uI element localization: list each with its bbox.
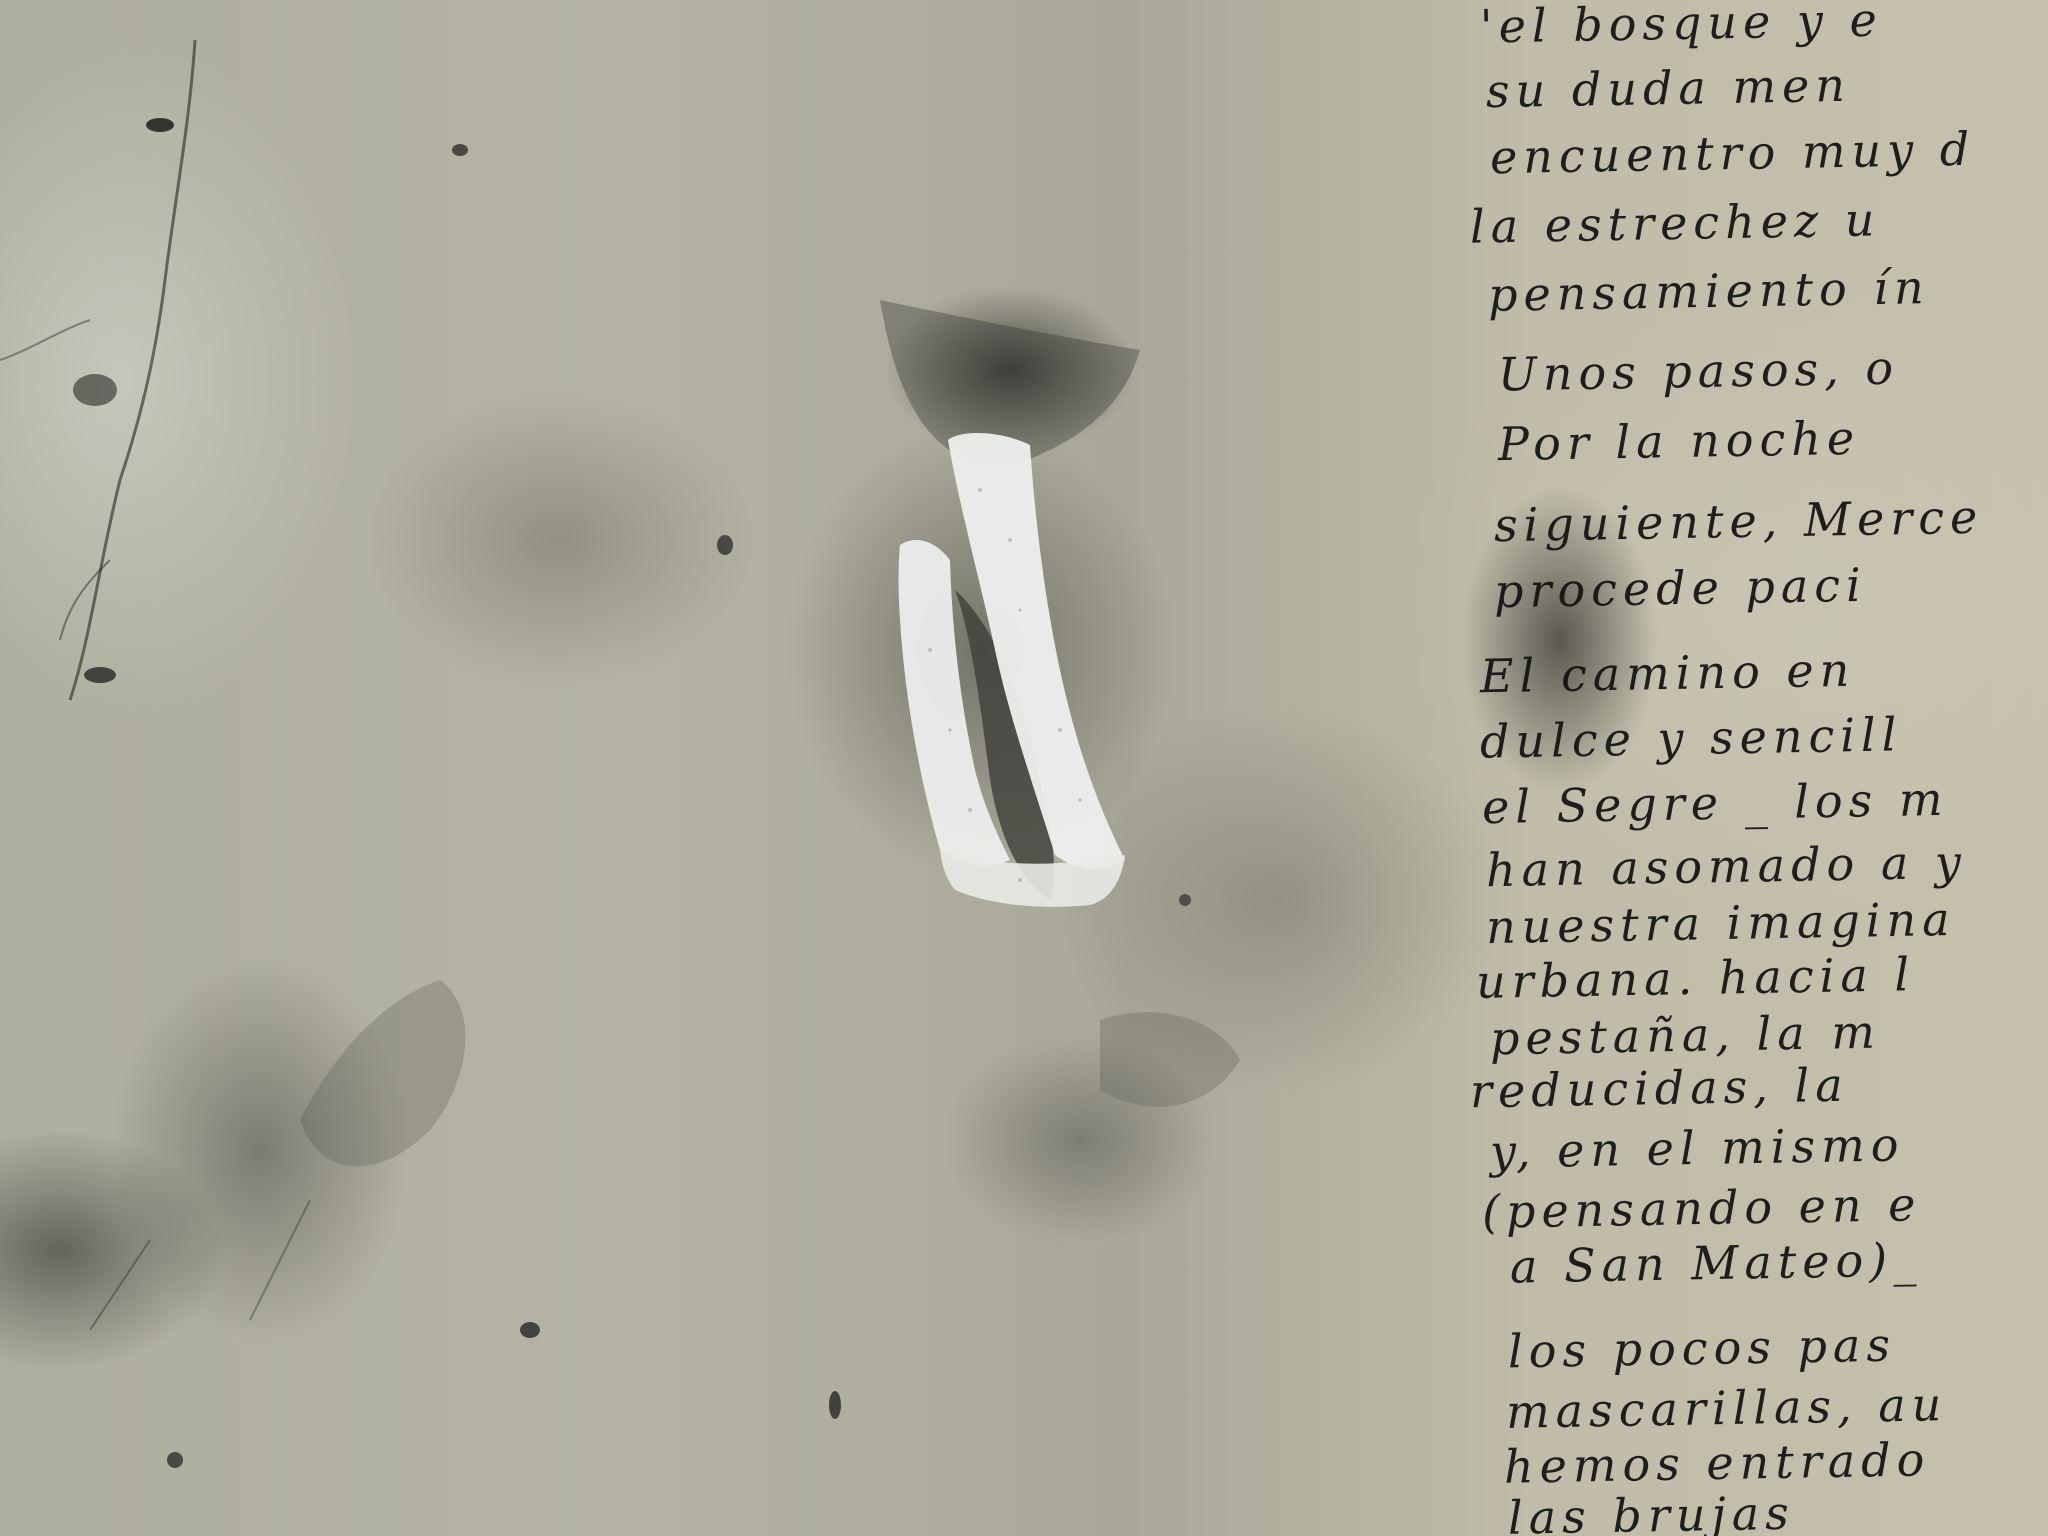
handwritten-line: su duda men [1486,62,1852,114]
handwritten-line: las brujas_ [1508,1489,1824,1536]
handwritten-line: hemos entrado [1504,1436,1931,1489]
handwritten-line: 'el bosque y e [1480,0,1883,50]
handwritten-line: (pensando en e [1482,1181,1922,1235]
artwork-canvas: 'el bosque y e su duda men encuentro muy… [0,0,2048,1536]
handwritten-line: el Segre _ los m [1482,776,1949,830]
handwritten-line: encuentro muy d [1490,126,1976,180]
handwritten-line: mascarillas, au [1506,1381,1948,1435]
handwritten-line: pensamiento ín [1488,264,1930,318]
handwritten-line: la estrechez u [1470,196,1881,249]
handwritten-line: Por la noche [1498,415,1861,467]
handwritten-line: procede paci [1494,562,1868,614]
handwritten-line: urbana. hacia l [1476,951,1916,1005]
handwritten-line: a San Mateo)_ [1510,1236,1923,1289]
handwritten-line: pestaña, la m [1490,1009,1882,1062]
handwritten-line: dulce y sencill [1480,711,1903,764]
handwritten-text-column: 'el bosque y e su duda men encuentro muy… [1470,0,2048,1536]
handwritten-line: nuestra imagina [1486,896,1956,950]
handwritten-line: El camino en [1480,647,1856,700]
handwritten-line: siguiente, Merce [1494,494,1984,549]
handwritten-line: han asomado a y [1486,839,1968,893]
handwritten-line: los pocos pas [1508,1322,1897,1375]
handwritten-line: Unos pasos, o [1498,345,1900,398]
handwritten-line: y, en el mismo [1490,1121,1905,1174]
white-figure-brushstroke [860,400,1200,980]
handwritten-line: reducidas, la [1470,1062,1849,1115]
